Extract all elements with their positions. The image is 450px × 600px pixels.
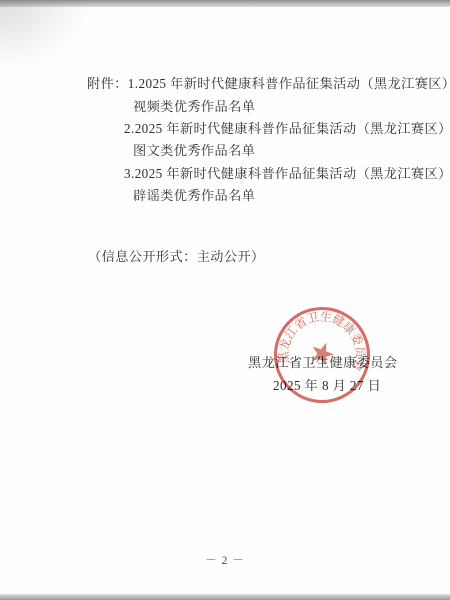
attachment-line-3-wrap: 辟谣类优秀作品名单: [133, 189, 255, 202]
attachment-line-2: 2.2025 年新时代健康科普作品征集活动（黑龙江赛区）: [124, 122, 450, 135]
issuer-name: 黑龙江省卫生健康委员会: [248, 356, 397, 369]
scan-corner-shadow: [0, 0, 90, 70]
scan-edge-top: [0, 0, 450, 7]
attachment-line-1: 附件：1.2025 年新时代健康科普作品征集活动（黑龙江赛区）: [87, 77, 450, 90]
scanned-document-page: 附件：1.2025 年新时代健康科普作品征集活动（黑龙江赛区） 视频类优秀作品名…: [0, 0, 450, 600]
disclosure-note: （信息公开形式：主动公开）: [88, 250, 265, 263]
page-number: － 2 －: [0, 552, 450, 568]
issue-date: 2025 年 8 月 27 日: [273, 379, 381, 392]
attachment-line-2-wrap: 图文类优秀作品名单: [133, 144, 255, 157]
scan-edge-bottom: [0, 594, 450, 600]
attachment-line-3: 3.2025 年新时代健康科普作品征集活动（黑龙江赛区）: [124, 167, 450, 180]
attachment-line-1-wrap: 视频类优秀作品名单: [133, 100, 255, 113]
